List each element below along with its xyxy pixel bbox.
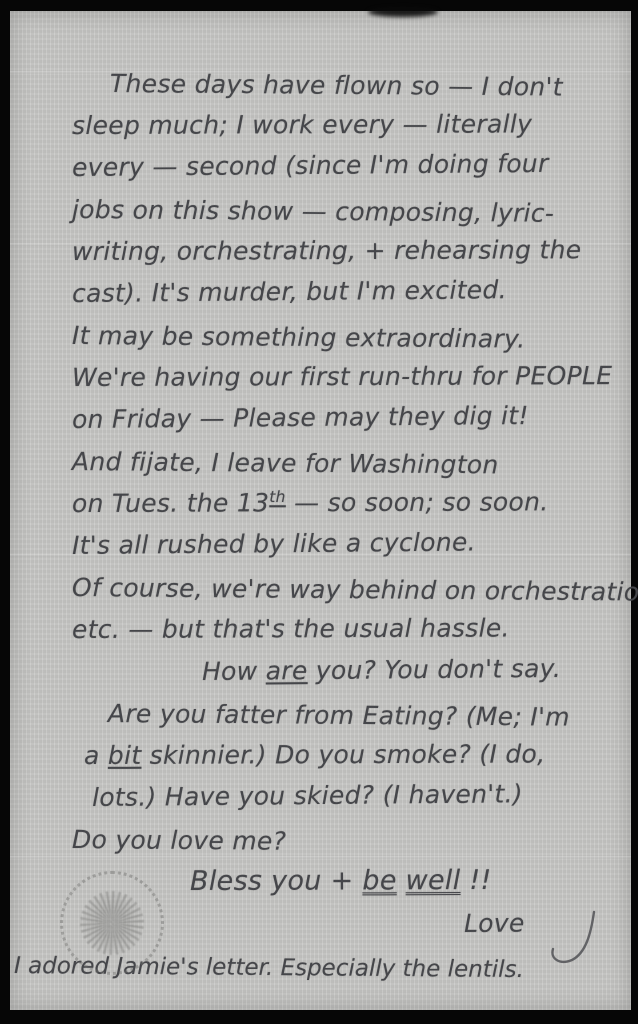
letter-line-segment: How xyxy=(202,656,266,686)
underlined-word: bit xyxy=(108,741,142,770)
letter-line: And fijate, I leave for Washington xyxy=(72,441,621,487)
double-underlined-word: well xyxy=(406,865,461,896)
letter-line-segment: — so soon; so soon. xyxy=(286,487,549,517)
letter-line: Do you love me? xyxy=(72,819,621,865)
letter-line: on Tues. the 13th — so soon; so soon. xyxy=(72,481,621,525)
letter-line-segment: on Tues. the 13 xyxy=(72,488,269,518)
letter-line: jobs on this show — composing, lyric- xyxy=(72,189,621,235)
letter-line: Are you fatter from Eating? (Me; I'm xyxy=(108,693,621,739)
seal-sunburst xyxy=(80,891,144,955)
letter-line-segment: skinnier.) Do you smoke? (I do, xyxy=(141,739,545,769)
letter-body: These days have flown so — I don't sleep… xyxy=(10,11,631,987)
embossed-seal-icon xyxy=(60,871,164,975)
letter-line-segment: !! xyxy=(460,865,491,896)
letter-line: a bit skinnier.) Do you smoke? (I do, xyxy=(84,733,621,777)
letter-line: sleep much; I work every — literally xyxy=(72,103,621,147)
letter-line: We're having our first run-thru for PEOP… xyxy=(72,355,621,399)
letter-line: Of course, we're way behind on orchestra… xyxy=(72,567,621,613)
signature-flourish-icon xyxy=(544,909,600,969)
letter-line: on Friday — Please may they dig it! xyxy=(72,394,621,441)
letter-line: cast). It's murder, but I'm excited. xyxy=(72,268,621,315)
letter-line: every — second (since I'm doing four xyxy=(72,142,621,189)
letter-line: etc. — but that's the usual hassle. xyxy=(72,607,621,651)
letter-line-segment: a xyxy=(84,741,108,770)
letter-line-segment xyxy=(397,865,406,896)
letter-line-segment: you? You don't say. xyxy=(307,654,561,685)
letter-line: lots.) Have you skied? (I haven't.) xyxy=(92,772,621,819)
letter-line-segment: Bless you + xyxy=(190,865,362,897)
letter-line: Bless you + be well !! xyxy=(190,859,621,903)
letter-line: How are you? You don't say. xyxy=(202,647,621,693)
letter-line: It may be something extraordinary. xyxy=(72,315,621,361)
double-underlined-word: be xyxy=(362,865,396,896)
letter-line: writing, orchestrating, + rehearsing the xyxy=(72,229,621,273)
letter-line: It's all rushed by like a cyclone. xyxy=(72,520,621,567)
underlined-word: are xyxy=(266,656,308,685)
letter-line: These days have flown so — I don't xyxy=(110,63,621,109)
superscript-ordinal: th xyxy=(269,488,286,506)
letter-paper: These days have flown so — I don't sleep… xyxy=(10,11,631,1010)
